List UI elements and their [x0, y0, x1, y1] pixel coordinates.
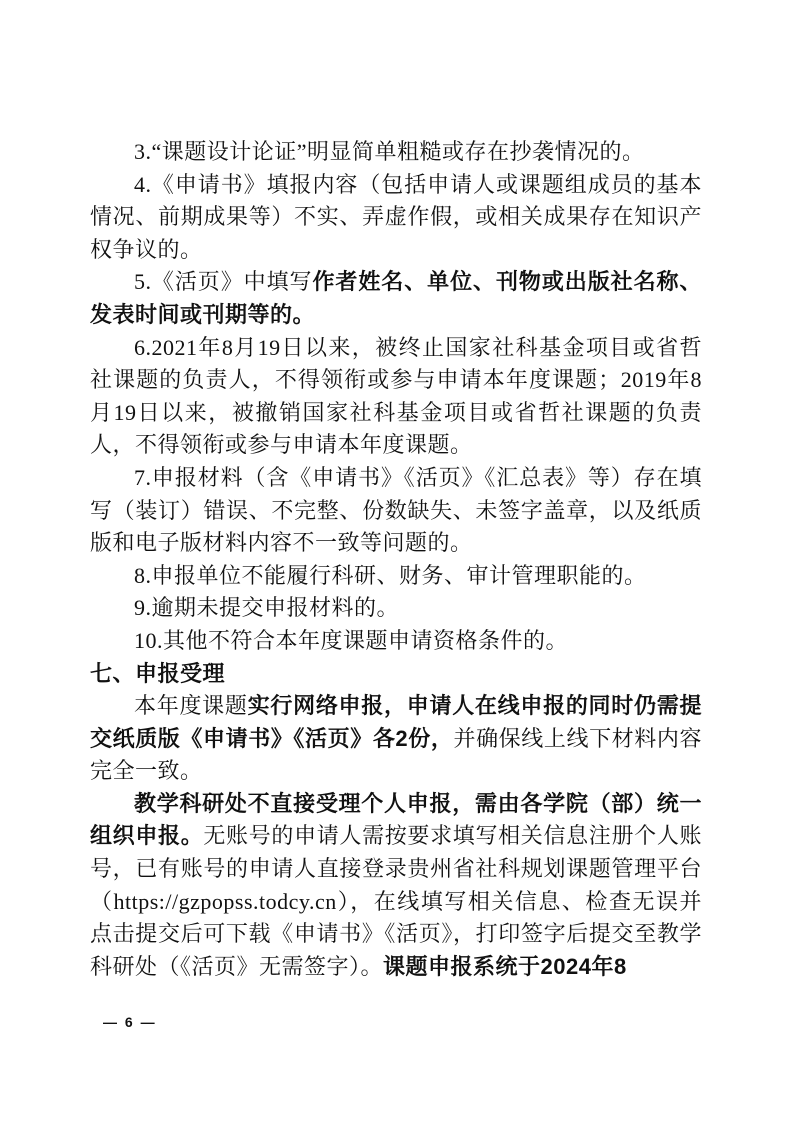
document-body: 3.“课题设计论证”明显简单粗糙或存在抄袭情况的。 4.《申请书》填报内容（包括… — [90, 136, 702, 983]
text-run: 7.申报材料（含《申请书》《活页》《汇总表》等）存在填写（装订）错误、不完整、份… — [90, 465, 702, 555]
list-item-9: 9.逾期未提交申报材料的。 — [90, 592, 702, 625]
text-run: 3.“课题设计论证”明显简单粗糙或存在抄袭情况的。 — [134, 139, 645, 164]
list-item-10: 10.其他不符合本年度课题申请资格条件的。 — [90, 625, 702, 658]
list-item-5: 5.《活页》中填写作者姓名、单位、刊物或出版社名称、发表时间或刊期等的。 — [90, 266, 702, 331]
list-item-3: 3.“课题设计论证”明显简单粗糙或存在抄袭情况的。 — [90, 136, 702, 169]
page-number: — 6 — — [103, 1014, 157, 1030]
paragraph-acceptance-process: 教学科研处不直接受理个人申报，需由各学院（部）统一组织申报。无账号的申请人需按要… — [90, 788, 702, 984]
text-run: 10.其他不符合本年度课题申请资格条件的。 — [134, 628, 568, 653]
text-run: 6.2021年8月19日以来，被终止国家社科基金项目或省哲社课题的负责人，不得领… — [90, 335, 702, 458]
list-item-8: 8.申报单位不能履行科研、财务、审计管理职能的。 — [90, 560, 702, 593]
list-item-6: 6.2021年8月19日以来，被终止国家社科基金项目或省哲社课题的负责人，不得领… — [90, 332, 702, 462]
document-page: 3.“课题设计论证”明显简单粗糙或存在抄袭情况的。 4.《申请书》填报内容（包括… — [0, 0, 794, 1122]
bold-text-run: 课题申报系统于2024年8 — [383, 954, 627, 979]
paragraph-online-submission: 本年度课题实行网络申报，申请人在线申报的同时仍需提交纸质版《申请书》《活页》各2… — [90, 690, 702, 788]
list-item-7: 7.申报材料（含《申请书》《活页》《汇总表》等）存在填写（装订）错误、不完整、份… — [90, 462, 702, 560]
text-run: 9.逾期未提交申报材料的。 — [134, 595, 399, 620]
text-run: 4.《申请书》填报内容（包括申请人或课题组成员的基本情况、前期成果等）不实、弄虚… — [90, 172, 702, 262]
list-item-4: 4.《申请书》填报内容（包括申请人或课题组成员的基本情况、前期成果等）不实、弄虚… — [90, 169, 702, 267]
bold-text-run: 七、申报受理 — [90, 661, 225, 686]
section-heading-7: 七、申报受理 — [90, 658, 702, 691]
text-run: 本年度课题 — [134, 693, 248, 718]
text-run: 5.《活页》中填写 — [134, 269, 313, 294]
text-run: 8.申报单位不能履行科研、财务、审计管理职能的。 — [134, 563, 647, 588]
